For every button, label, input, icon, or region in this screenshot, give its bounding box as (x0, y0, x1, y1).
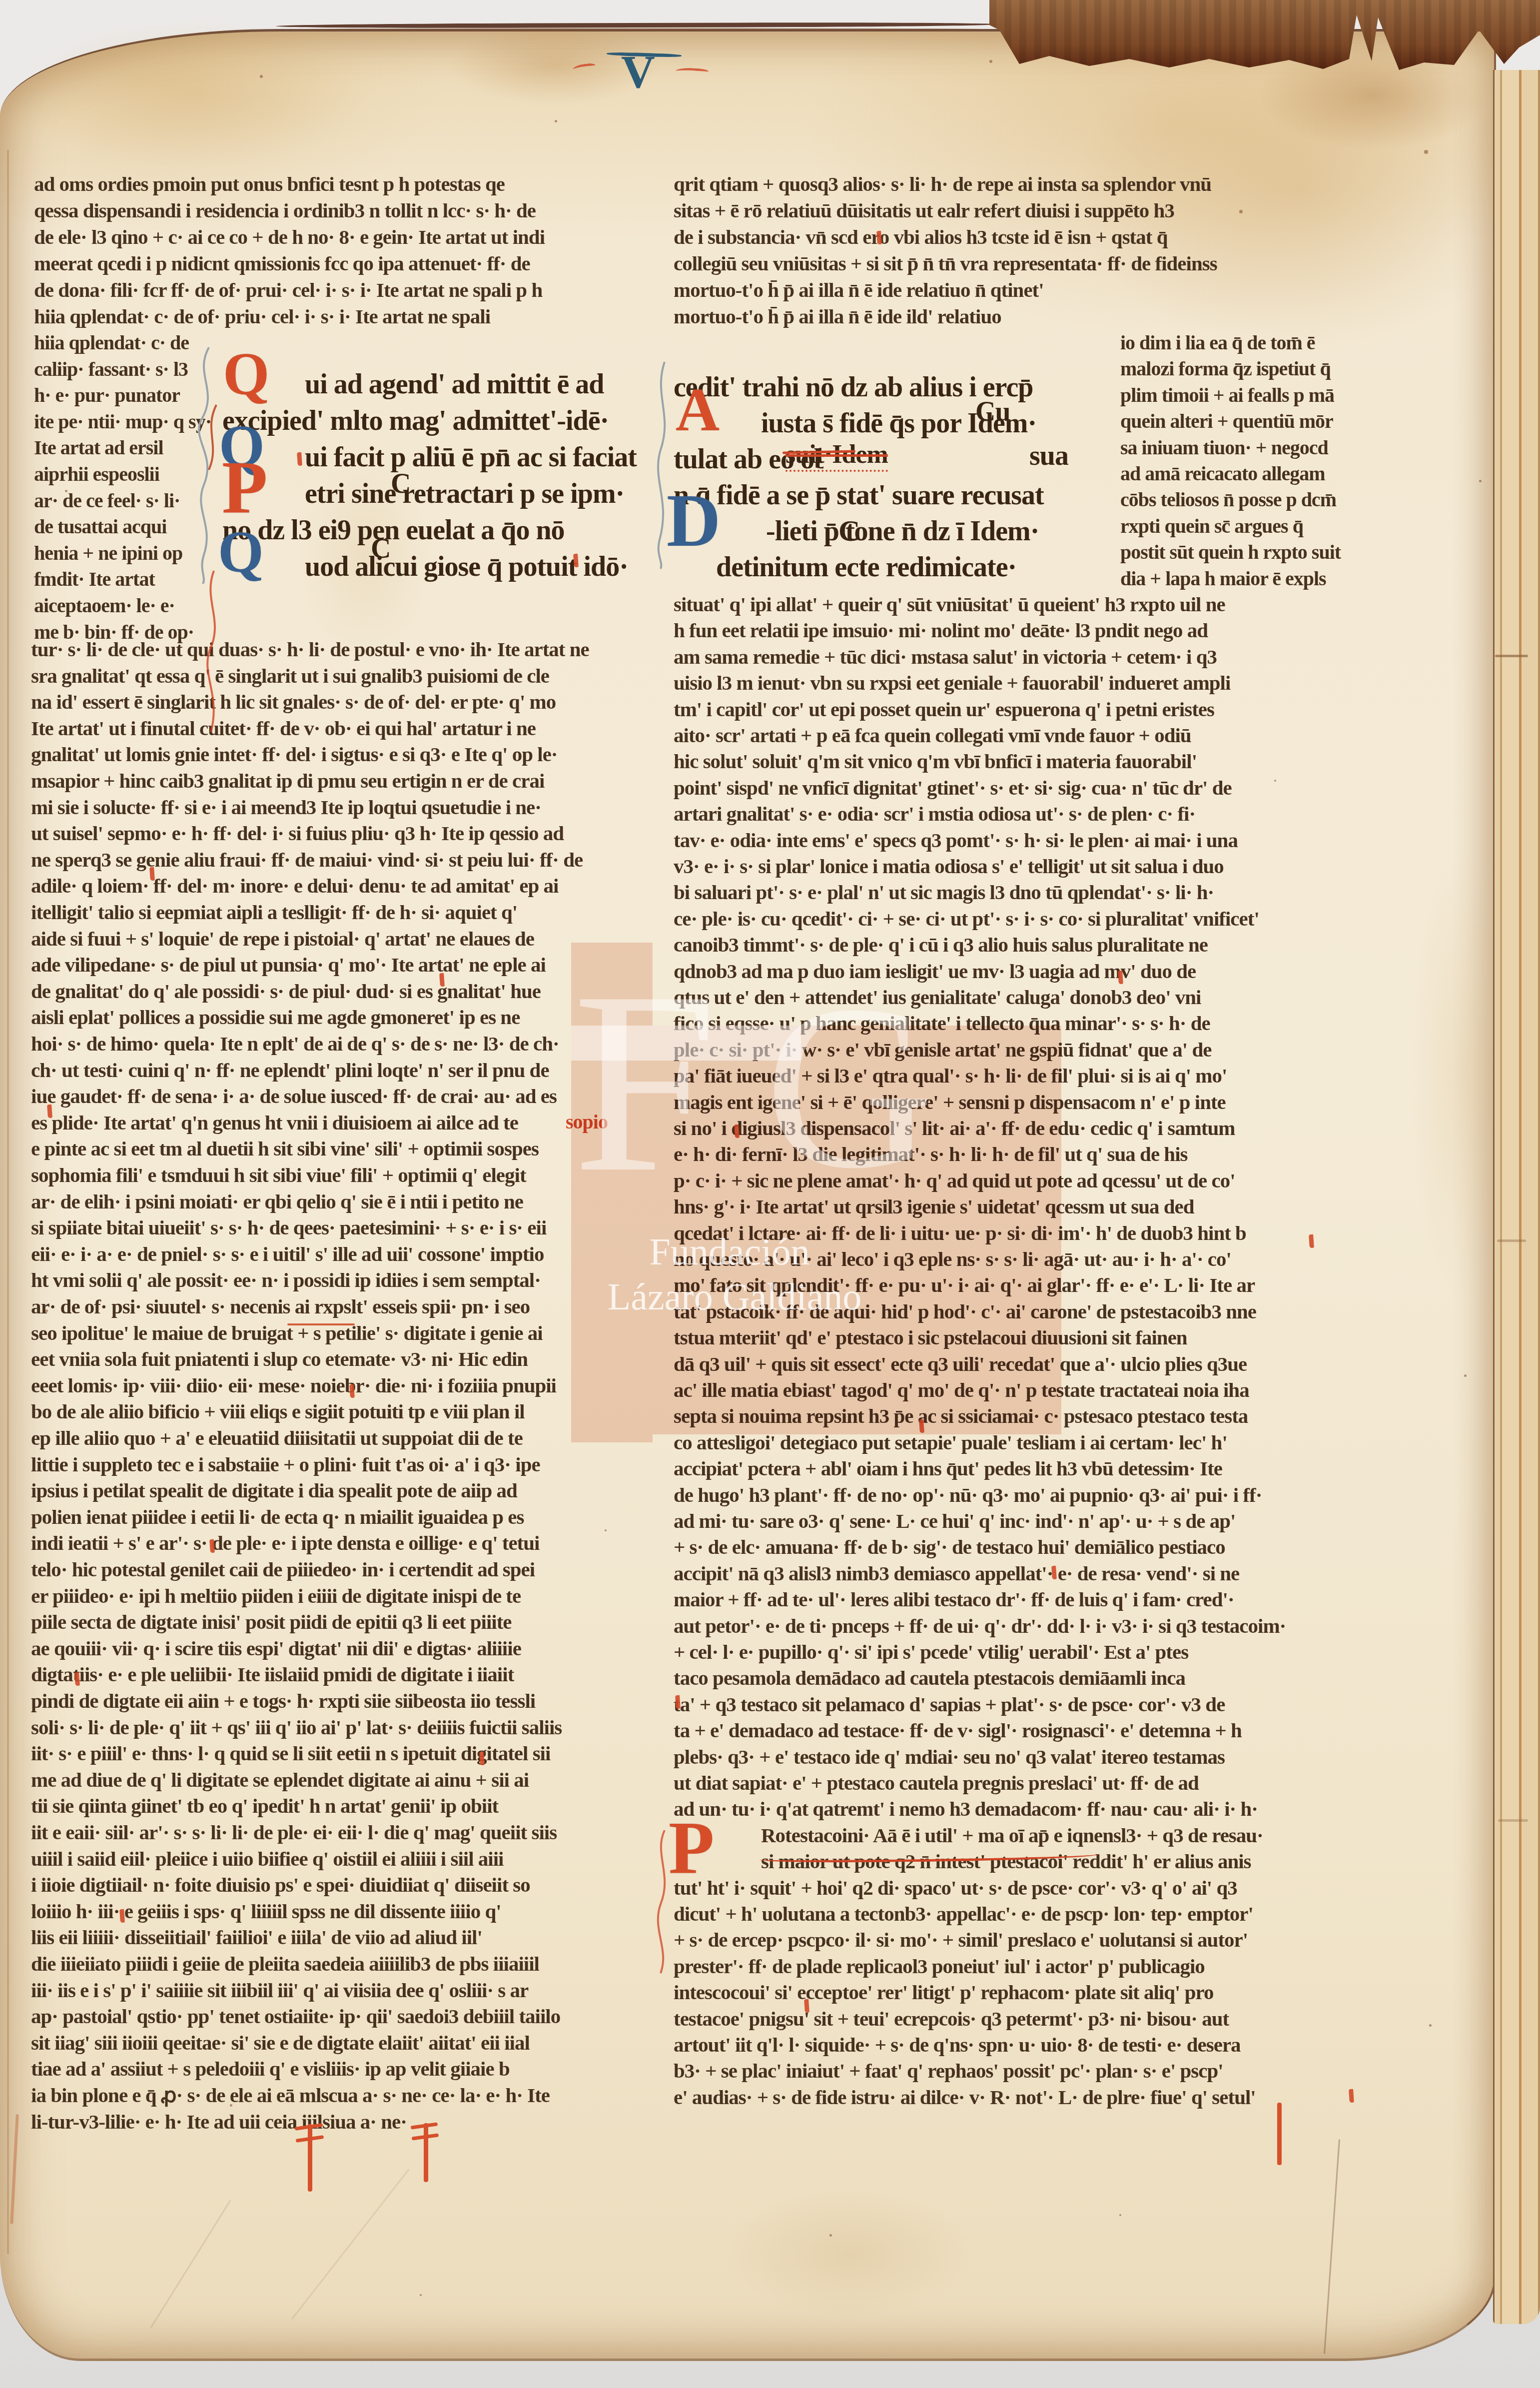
red-tie-mark (308, 2124, 312, 2192)
fore-edge-page-stack (1493, 70, 1540, 2324)
penwork-flourish (189, 345, 224, 585)
speck (1429, 2024, 1432, 2027)
speck (829, 2234, 832, 2237)
speck (260, 75, 263, 78)
manuscript-scan: V ad oms ordies pmoin put onus bnfici te… (0, 0, 1540, 2388)
penwork-flourish (651, 360, 676, 570)
speck (65, 490, 67, 492)
red-tie-mark (424, 2123, 428, 2182)
red-tie-mark (1277, 2103, 1282, 2165)
fore-edge-mark (1497, 1239, 1526, 1242)
speck (1239, 210, 1243, 213)
speck (230, 2104, 232, 2107)
speck (1119, 2214, 1121, 2216)
speck (1479, 480, 1482, 482)
speck (1464, 1374, 1467, 1377)
speck (420, 2294, 422, 2296)
speck (1274, 780, 1276, 782)
speck (45, 1309, 48, 1312)
speck (989, 60, 992, 63)
speck (605, 1529, 607, 1531)
parchment-specks (0, 0, 1540, 2388)
penwork-flourish (650, 1829, 675, 1974)
page-top-edge-soft (300, 28, 989, 30)
speck (555, 120, 557, 122)
fore-edge-mark (1495, 655, 1528, 657)
penwork-flourish (199, 570, 229, 735)
speck (1424, 150, 1428, 154)
fore-edge-mark (1498, 1819, 1528, 1822)
